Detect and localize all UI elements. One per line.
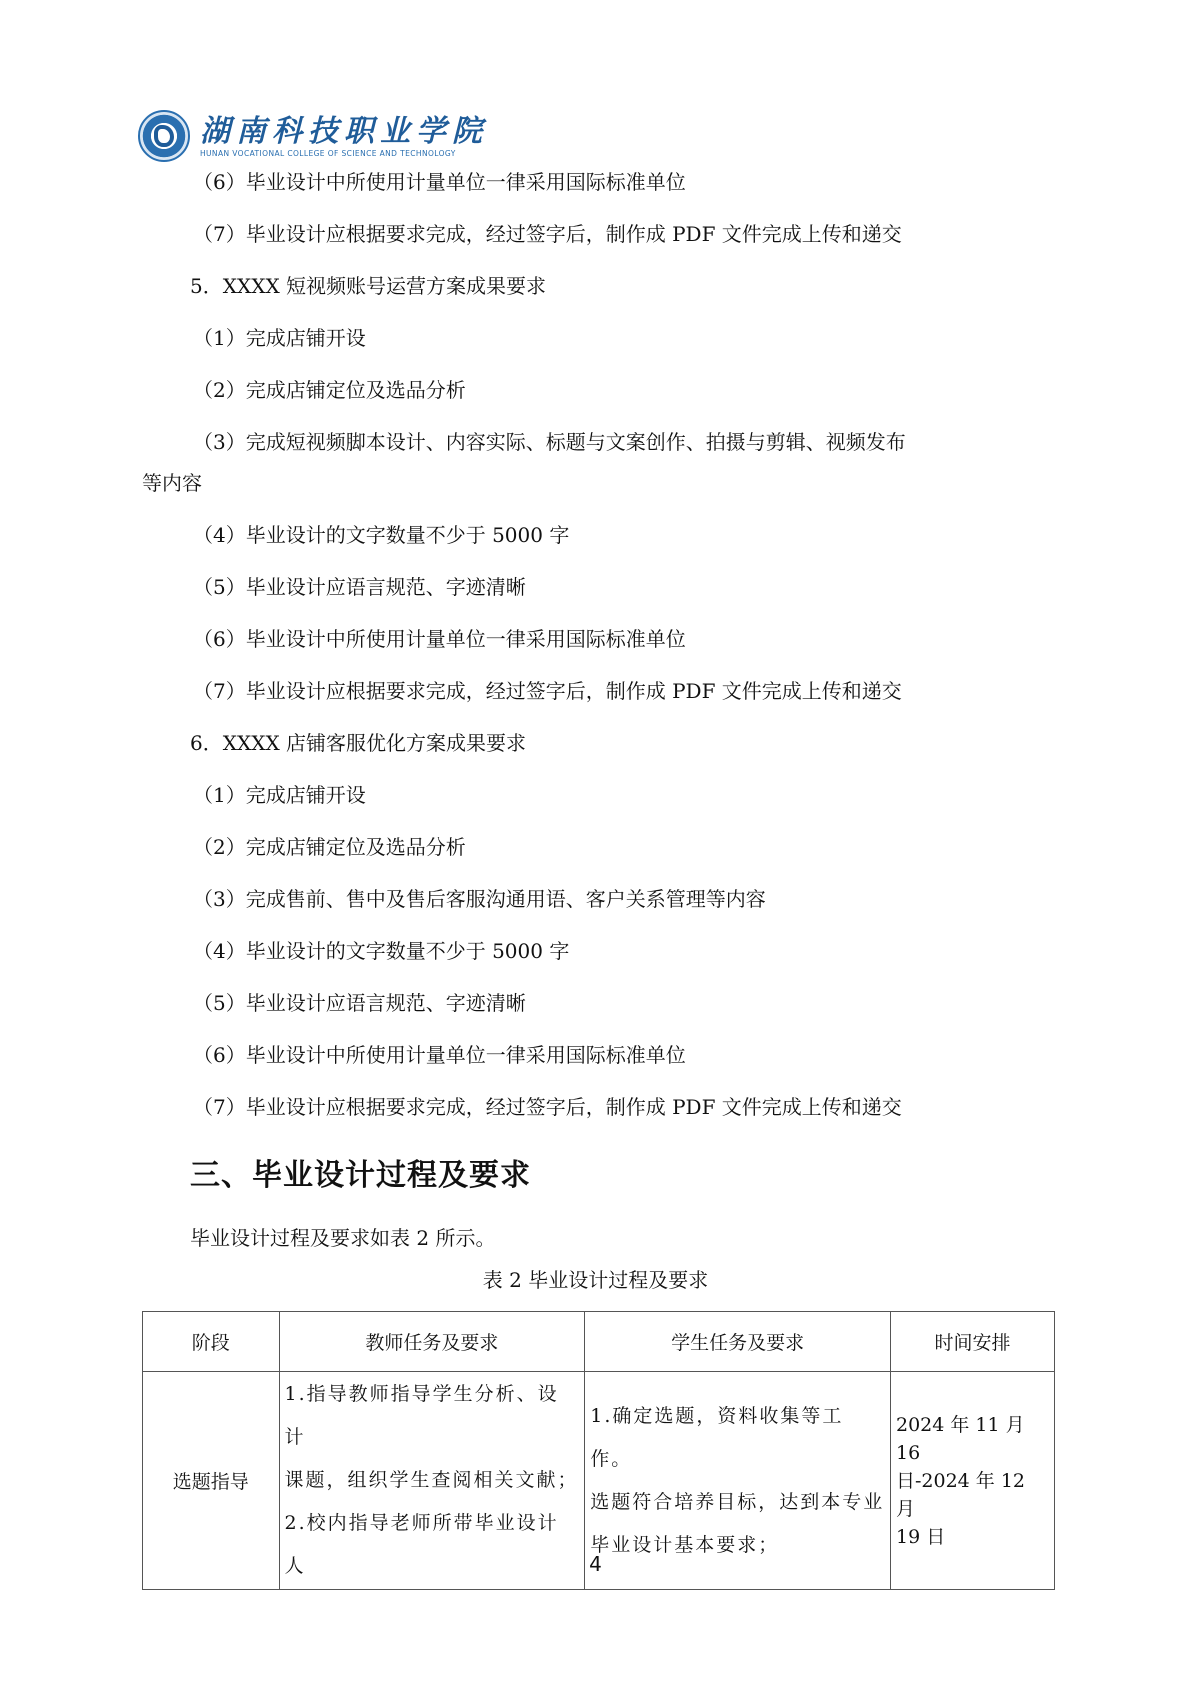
requirement-item: （6）毕业设计中所使用计量单位一律采用国际标准单位: [193, 627, 686, 651]
section-title: 三、毕业设计过程及要求: [190, 1158, 531, 1194]
requirement-item: （6）毕业设计中所使用计量单位一律采用国际标准单位: [193, 1043, 686, 1067]
student-task-line: 1.确定选题，资料收集等工作。: [590, 1395, 885, 1481]
schedule-line: 19 日: [896, 1523, 1049, 1551]
subsection-heading: 6．XXXX 店铺客服优化方案成果要求: [190, 731, 526, 755]
requirement-item-continuation: 等内容: [142, 471, 202, 495]
requirement-item: （7）毕业设计应根据要求完成，经过签字后，制作成 PDF 文件完成上传和递交: [193, 1095, 902, 1119]
requirement-item: （2）完成店铺定位及选品分析: [193, 835, 466, 859]
requirement-item: （2）完成店铺定位及选品分析: [193, 378, 466, 402]
header-schedule: 时间安排: [890, 1312, 1054, 1372]
table-header-row: 阶段 教师任务及要求 学生任务及要求 时间安排: [143, 1312, 1055, 1372]
teacher-task-line: 课题，组织学生查阅相关文献；: [285, 1459, 580, 1502]
student-task-line: 选题符合培养目标，达到本专业: [590, 1481, 885, 1524]
schedule-line: 日-2024 年 12 月: [896, 1467, 1049, 1523]
header-teacher-tasks: 教师任务及要求: [279, 1312, 585, 1372]
institution-logo: 湖南科技职业学院 HUNAN VOCATIONAL COLLEGE OF SCI…: [138, 108, 488, 164]
requirement-item: （5）毕业设计应语言规范、字迹清晰: [193, 991, 526, 1015]
logo-text: 湖南科技职业学院 HUNAN VOCATIONAL COLLEGE OF SCI…: [200, 115, 488, 158]
requirement-item: （1）完成店铺开设: [193, 783, 366, 807]
requirement-item: （6）毕业设计中所使用计量单位一律采用国际标准单位: [193, 170, 686, 194]
requirement-item: （7）毕业设计应根据要求完成，经过签字后，制作成 PDF 文件完成上传和递交: [193, 679, 902, 703]
requirement-item: （4）毕业设计的文字数量不少于 5000 字: [193, 523, 569, 547]
header-stage: 阶段: [143, 1312, 280, 1372]
institution-name-cn: 湖南科技职业学院: [200, 115, 488, 149]
table-caption: 表 2 毕业设计过程及要求: [0, 1268, 1191, 1292]
teacher-task-line: 1.指导教师指导学生分析、设计: [285, 1373, 580, 1459]
header-student-tasks: 学生任务及要求: [585, 1312, 891, 1372]
college-emblem-icon: [138, 110, 190, 162]
requirement-item: （1）完成店铺开设: [193, 326, 366, 350]
requirement-item: （4）毕业设计的文字数量不少于 5000 字: [193, 939, 569, 963]
institution-name-en: HUNAN VOCATIONAL COLLEGE OF SCIENCE AND …: [200, 149, 488, 158]
requirement-item: （3）完成短视频脚本设计、内容实际、标题与文案创作、拍摄与剪辑、视频发布: [193, 430, 906, 454]
requirement-item: （7）毕业设计应根据要求完成，经过签字后，制作成 PDF 文件完成上传和递交: [193, 222, 902, 246]
schedule-line: 2024 年 11 月 16: [896, 1411, 1049, 1467]
subsection-heading: 5．XXXX 短视频账号运营方案成果要求: [190, 274, 546, 298]
requirement-item: （5）毕业设计应语言规范、字迹清晰: [193, 575, 526, 599]
requirement-item: （3）完成售前、售中及售后客服沟通用语、客户关系管理等内容: [193, 887, 766, 911]
process-table: 阶段 教师任务及要求 学生任务及要求 时间安排 选题指导 1.指导教师指导学生分…: [142, 1311, 1055, 1590]
page-number: 4: [0, 1552, 1191, 1576]
section-intro: 毕业设计过程及要求如表 2 所示。: [190, 1226, 495, 1250]
